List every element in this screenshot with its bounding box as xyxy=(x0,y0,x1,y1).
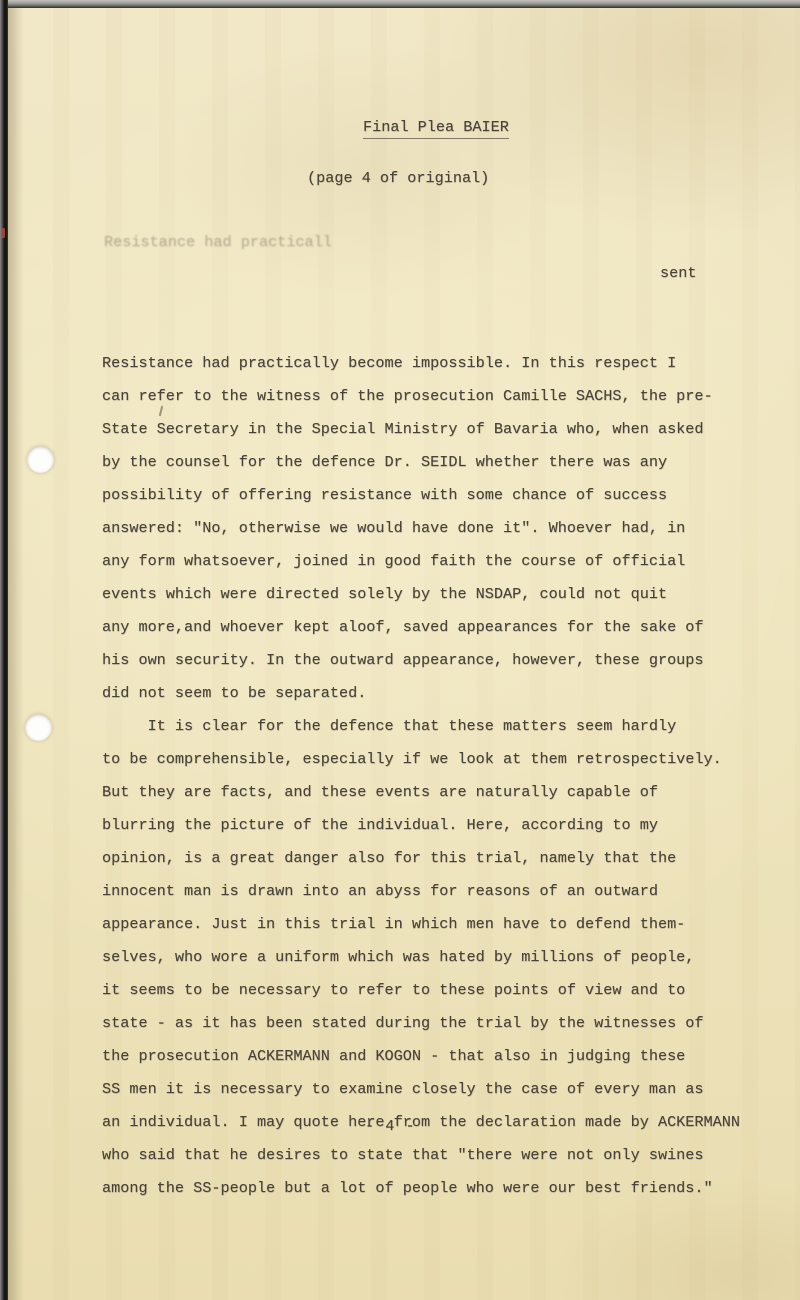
text-line: But they are facts, and these events are… xyxy=(102,776,762,809)
text-line: any more,and whoever kept aloof, saved a… xyxy=(102,611,762,644)
text-line: state - as it has been stated during the… xyxy=(102,1007,762,1040)
text-line: it seems to be necessary to refer to the… xyxy=(102,974,762,1007)
text-line: an individual. I may quote here from the… xyxy=(102,1106,762,1139)
paper-edge-shadow xyxy=(8,0,24,1300)
text-line: SS men it is necessary to examine closel… xyxy=(102,1073,762,1106)
text-line: by the counsel for the defence Dr. SEIDL… xyxy=(102,446,762,479)
text-line: appearance. Just in this trial in which … xyxy=(102,908,762,941)
text-line: his own security. In the outward appeara… xyxy=(102,644,762,677)
punch-hole-bottom xyxy=(25,714,52,741)
text-line: blurring the picture of the individual. … xyxy=(102,809,762,842)
text-line: any form whatsoever, joined in good fait… xyxy=(102,545,762,578)
text-line: to be comprehensible, especially if we l… xyxy=(102,743,762,776)
text-line: who said that he desires to state that "… xyxy=(102,1139,762,1172)
text-line: It is clear for the defence that these m… xyxy=(102,710,762,743)
red-edge-mark xyxy=(1,228,5,238)
text-line: can refer to the witness of the prosecut… xyxy=(102,380,762,413)
document-title: Final Plea BAIER xyxy=(363,117,509,139)
text-line: among the SS-people but a lot of people … xyxy=(102,1172,762,1205)
text-line: Resistance had practically become imposs… xyxy=(102,347,762,380)
text-line: innocent man is drawn into an abyss for … xyxy=(102,875,762,908)
text-line: State Secretary in the Special Ministry … xyxy=(102,413,762,446)
text-line: the prosecution ACKERMANN and KOGON - th… xyxy=(102,1040,762,1073)
document-subtitle: (page 4 of original) xyxy=(307,168,489,188)
ghost-overstrike-text: Resistance had practicall xyxy=(104,226,332,259)
text-line: events which were directed solely by the… xyxy=(102,578,762,611)
text-line: possibility of offering resistance with … xyxy=(102,479,762,512)
document-body: Resistance had practicall sent Resistanc… xyxy=(102,215,762,1205)
punch-hole-top xyxy=(27,446,54,473)
text-line: did not seem to be separated. xyxy=(102,677,762,710)
document-scan: Final Plea BAIER (page 4 of original) Re… xyxy=(0,0,800,1300)
text-line: opinion, is a great danger also for this… xyxy=(102,842,762,875)
page-number: - 4 - xyxy=(365,1116,416,1136)
scanner-edge-left xyxy=(0,0,8,1300)
text-line: selves, who wore a uniform which was hat… xyxy=(102,941,762,974)
text-line: answered: "No, otherwise we would have d… xyxy=(102,512,762,545)
inserted-correction-text: sent xyxy=(660,265,696,281)
scanner-edge-top xyxy=(0,0,800,8)
